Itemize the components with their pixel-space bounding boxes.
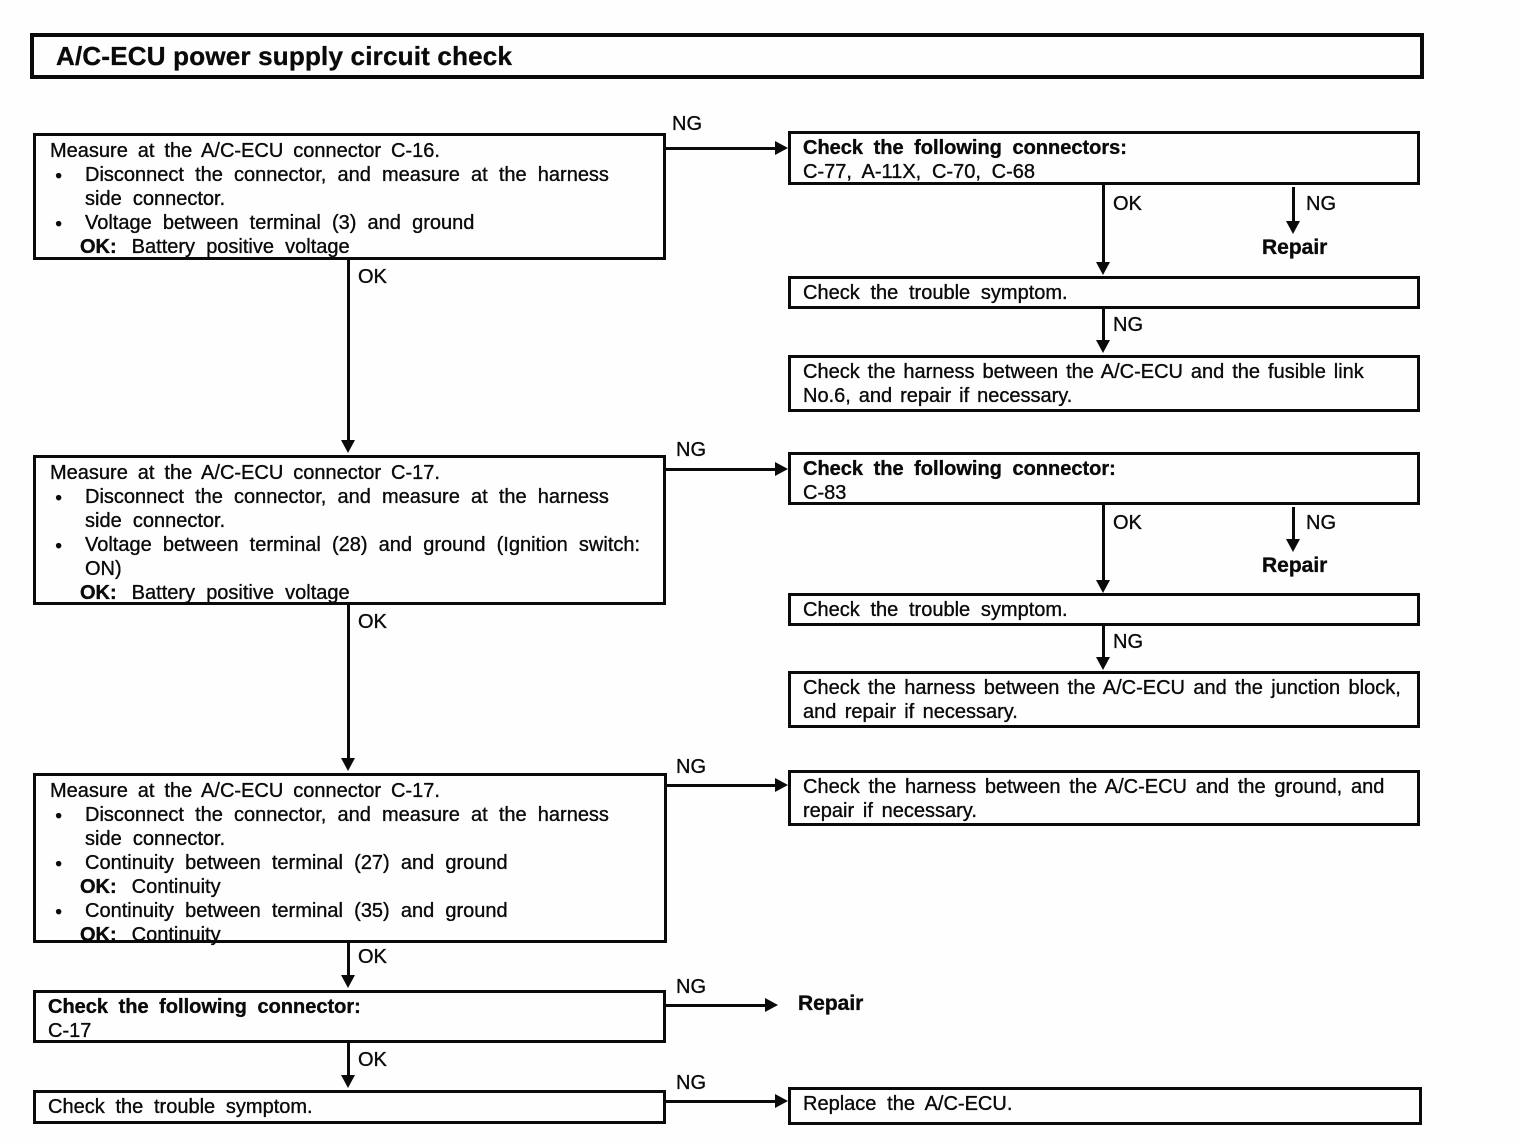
flow-line [1102,505,1105,582]
ok-result-row: OK:Continuity [50,923,656,947]
node-text: Check the harness between the A/C-ECU an… [803,775,1405,823]
bullet-text: Continuity between terminal (35) and gro… [85,899,508,923]
arrow-right-icon [775,141,788,155]
node-title: Measure at the A/C-ECU connector C-17. [50,779,656,803]
node-check-trouble-symptom-left: Check the trouble symptom. [33,1090,666,1124]
repair-label: Repair [798,992,863,1016]
bullet-item: ● Disconnect the connector, and measure … [50,163,655,211]
node-text: Check the trouble symptom. [803,281,1405,305]
node-subtitle: C-17 [48,1019,651,1043]
bullet-icon: ● [50,851,85,875]
ok-prefix: OK: [80,924,117,946]
bullet-text: Disconnect the connector, and measure at… [85,803,656,851]
ng-label: NG [1306,192,1336,216]
ng-label: NG [676,438,706,462]
node-title: Measure at the A/C-ECU connector C-17. [50,461,655,485]
arrow-down-icon [1286,221,1300,234]
bullet-icon: ● [50,211,85,235]
flow-line [1292,187,1295,223]
node-replace-ecu: Replace the A/C-ECU. [788,1087,1422,1125]
ng-label: NG [1113,630,1143,654]
flow-line [1102,309,1105,342]
ok-label: OK [358,1048,387,1072]
arrow-down-icon [341,440,355,453]
bullet-icon: ● [50,163,85,211]
node-trouble-symptom-2: Check the trouble symptom. [788,593,1420,626]
bullet-text: Continuity between terminal (27) and gro… [85,851,508,875]
ok-prefix: OK: [80,236,117,258]
arrow-right-icon [765,998,778,1012]
node-check-connectors: Check the following connectors: C-77, A-… [788,131,1420,185]
node-title: Measure at the A/C-ECU connector C-16. [50,139,655,163]
bullet-item: ● Disconnect the connector, and measure … [50,803,656,851]
ok-value: Battery positive voltage [132,236,350,258]
node-check-connector-c83: Check the following connector: C-83 [788,452,1420,505]
arrow-right-icon [775,462,788,476]
flow-line [665,784,777,787]
bullet-icon: ● [50,533,85,581]
ok-label: OK [1113,192,1142,216]
bullet-item: ● Voltage between terminal (3) and groun… [50,211,655,235]
flowchart-page: A/C-ECU power supply circuit check Measu… [0,0,1520,1144]
node-text: Check the trouble symptom. [803,598,1405,622]
page-title: A/C-ECU power supply circuit check [56,41,512,72]
ok-label: OK [1113,511,1142,535]
node-subtitle: C-83 [803,481,1405,505]
ng-label: NG [676,755,706,779]
flow-line [664,1004,767,1007]
bullet-item: ● Voltage between terminal (28) and grou… [50,533,655,581]
bullet-text: Voltage between terminal (28) and ground… [85,533,655,581]
node-harness-junction-block: Check the harness between the A/C-ECU an… [788,671,1420,728]
ok-result-row: OK:Battery positive voltage [50,235,655,259]
repair-label: Repair [1262,236,1327,260]
node-title: Check the following connector: [48,995,651,1019]
node-text: Check the trouble symptom. [48,1095,651,1119]
flow-line [1102,185,1105,264]
ok-prefix: OK: [80,876,117,898]
node-measure-c17-continuity: Measure at the A/C-ECU connector C-17. ●… [33,773,667,943]
arrow-down-icon [1096,580,1110,593]
ng-label: NG [676,975,706,999]
ng-label: NG [1113,313,1143,337]
flow-line [664,1100,777,1103]
ng-label: NG [1306,511,1336,535]
node-subtitle: C-77, A-11X, C-70, C-68 [803,160,1405,184]
ok-prefix: OK: [80,582,117,604]
node-text: Replace the A/C-ECU. [803,1092,1407,1116]
bullet-text: Disconnect the connector, and measure at… [85,163,655,211]
ok-value: Continuity [132,876,221,898]
node-check-connector-c17: Check the following connector: C-17 [33,990,666,1043]
node-harness-ground: Check the harness between the A/C-ECU an… [788,770,1420,826]
bullet-icon: ● [50,899,85,923]
arrow-down-icon [1096,340,1110,353]
flow-line [347,605,350,760]
node-measure-c16: Measure at the A/C-ECU connector C-16. ●… [33,133,666,260]
title-box: A/C-ECU power supply circuit check [30,33,1424,79]
bullet-item: ● Disconnect the connector, and measure … [50,485,655,533]
bullet-icon: ● [50,485,85,533]
ok-label: OK [358,945,387,969]
arrow-right-icon [775,778,788,792]
flow-line [664,147,777,150]
ok-label: OK [358,265,387,289]
ok-label: OK [358,610,387,634]
flow-line [1292,507,1295,541]
flow-line [664,468,777,471]
node-text: Check the harness between the A/C-ECU an… [803,676,1405,724]
bullet-text: Disconnect the connector, and measure at… [85,485,655,533]
arrow-down-icon [1286,539,1300,552]
arrow-down-icon [341,1075,355,1088]
arrow-down-icon [341,758,355,771]
ng-label: NG [676,1071,706,1095]
node-harness-fusible-link: Check the harness between the A/C-ECU an… [788,355,1420,412]
flow-line [1102,626,1105,659]
flow-line [347,260,350,441]
ok-result-row: OK:Battery positive voltage [50,581,655,605]
node-text: Check the harness between the A/C-ECU an… [803,360,1405,408]
flow-line [347,943,350,977]
flow-line [347,1043,350,1077]
repair-label: Repair [1262,554,1327,578]
ok-result-row: OK:Continuity [50,875,656,899]
ok-value: Battery positive voltage [132,582,350,604]
arrow-down-icon [1096,262,1110,275]
node-measure-c17-voltage: Measure at the A/C-ECU connector C-17. ●… [33,455,666,605]
ok-value: Continuity [132,924,221,946]
ng-label: NG [672,112,702,136]
bullet-item: ● Continuity between terminal (35) and g… [50,899,656,923]
node-title: Check the following connector: [803,457,1405,481]
bullet-item: ● Continuity between terminal (27) and g… [50,851,656,875]
bullet-icon: ● [50,803,85,851]
arrow-down-icon [341,975,355,988]
node-title: Check the following connectors: [803,136,1405,160]
node-trouble-symptom-1: Check the trouble symptom. [788,276,1420,309]
bullet-text: Voltage between terminal (3) and ground [85,211,474,235]
arrow-down-icon [1096,657,1110,670]
arrow-right-icon [775,1094,788,1108]
